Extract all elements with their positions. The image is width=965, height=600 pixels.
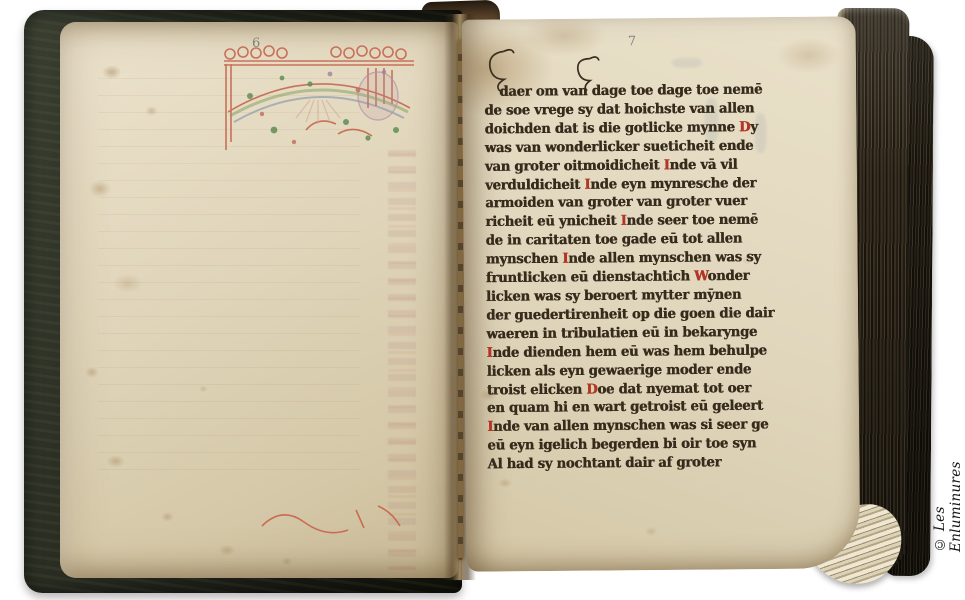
manuscript-text-line: daer om van dage toe dage toe nemē: [484, 81, 806, 102]
manuscript-text-line: mynschen Inde allen mynschen was sy: [486, 248, 808, 269]
manuscript-text-line: Al had sy nochtant dair af groter: [487, 453, 809, 474]
folio-number-left: 6: [252, 36, 262, 51]
penwork-border-decoration: [218, 38, 428, 178]
manuscript-text-line: der guedertirenheit op die goen die dair: [486, 304, 808, 325]
folio-number-right: 7: [628, 34, 636, 49]
manuscript-text-line: Inde van allen mynschen was si seer ge: [487, 416, 809, 437]
manuscript-text-block: daer om van dage toe dage toe nemēde soe…: [484, 81, 809, 475]
ink-showthrough-mark: [672, 58, 702, 68]
right-page: 7 daer om van dage toe dage toe nemēde s…: [462, 16, 861, 571]
red-offset-squiggle: [256, 500, 416, 544]
photo-credit: © Les Enluminures: [932, 428, 964, 552]
left-page: 6: [60, 22, 458, 578]
manuscript-photo: 6 7 daer om van dage toe dage toe nemēde…: [0, 0, 965, 600]
manuscript-text-line: Inde dienden hem eū was hem behulpe: [486, 341, 808, 362]
